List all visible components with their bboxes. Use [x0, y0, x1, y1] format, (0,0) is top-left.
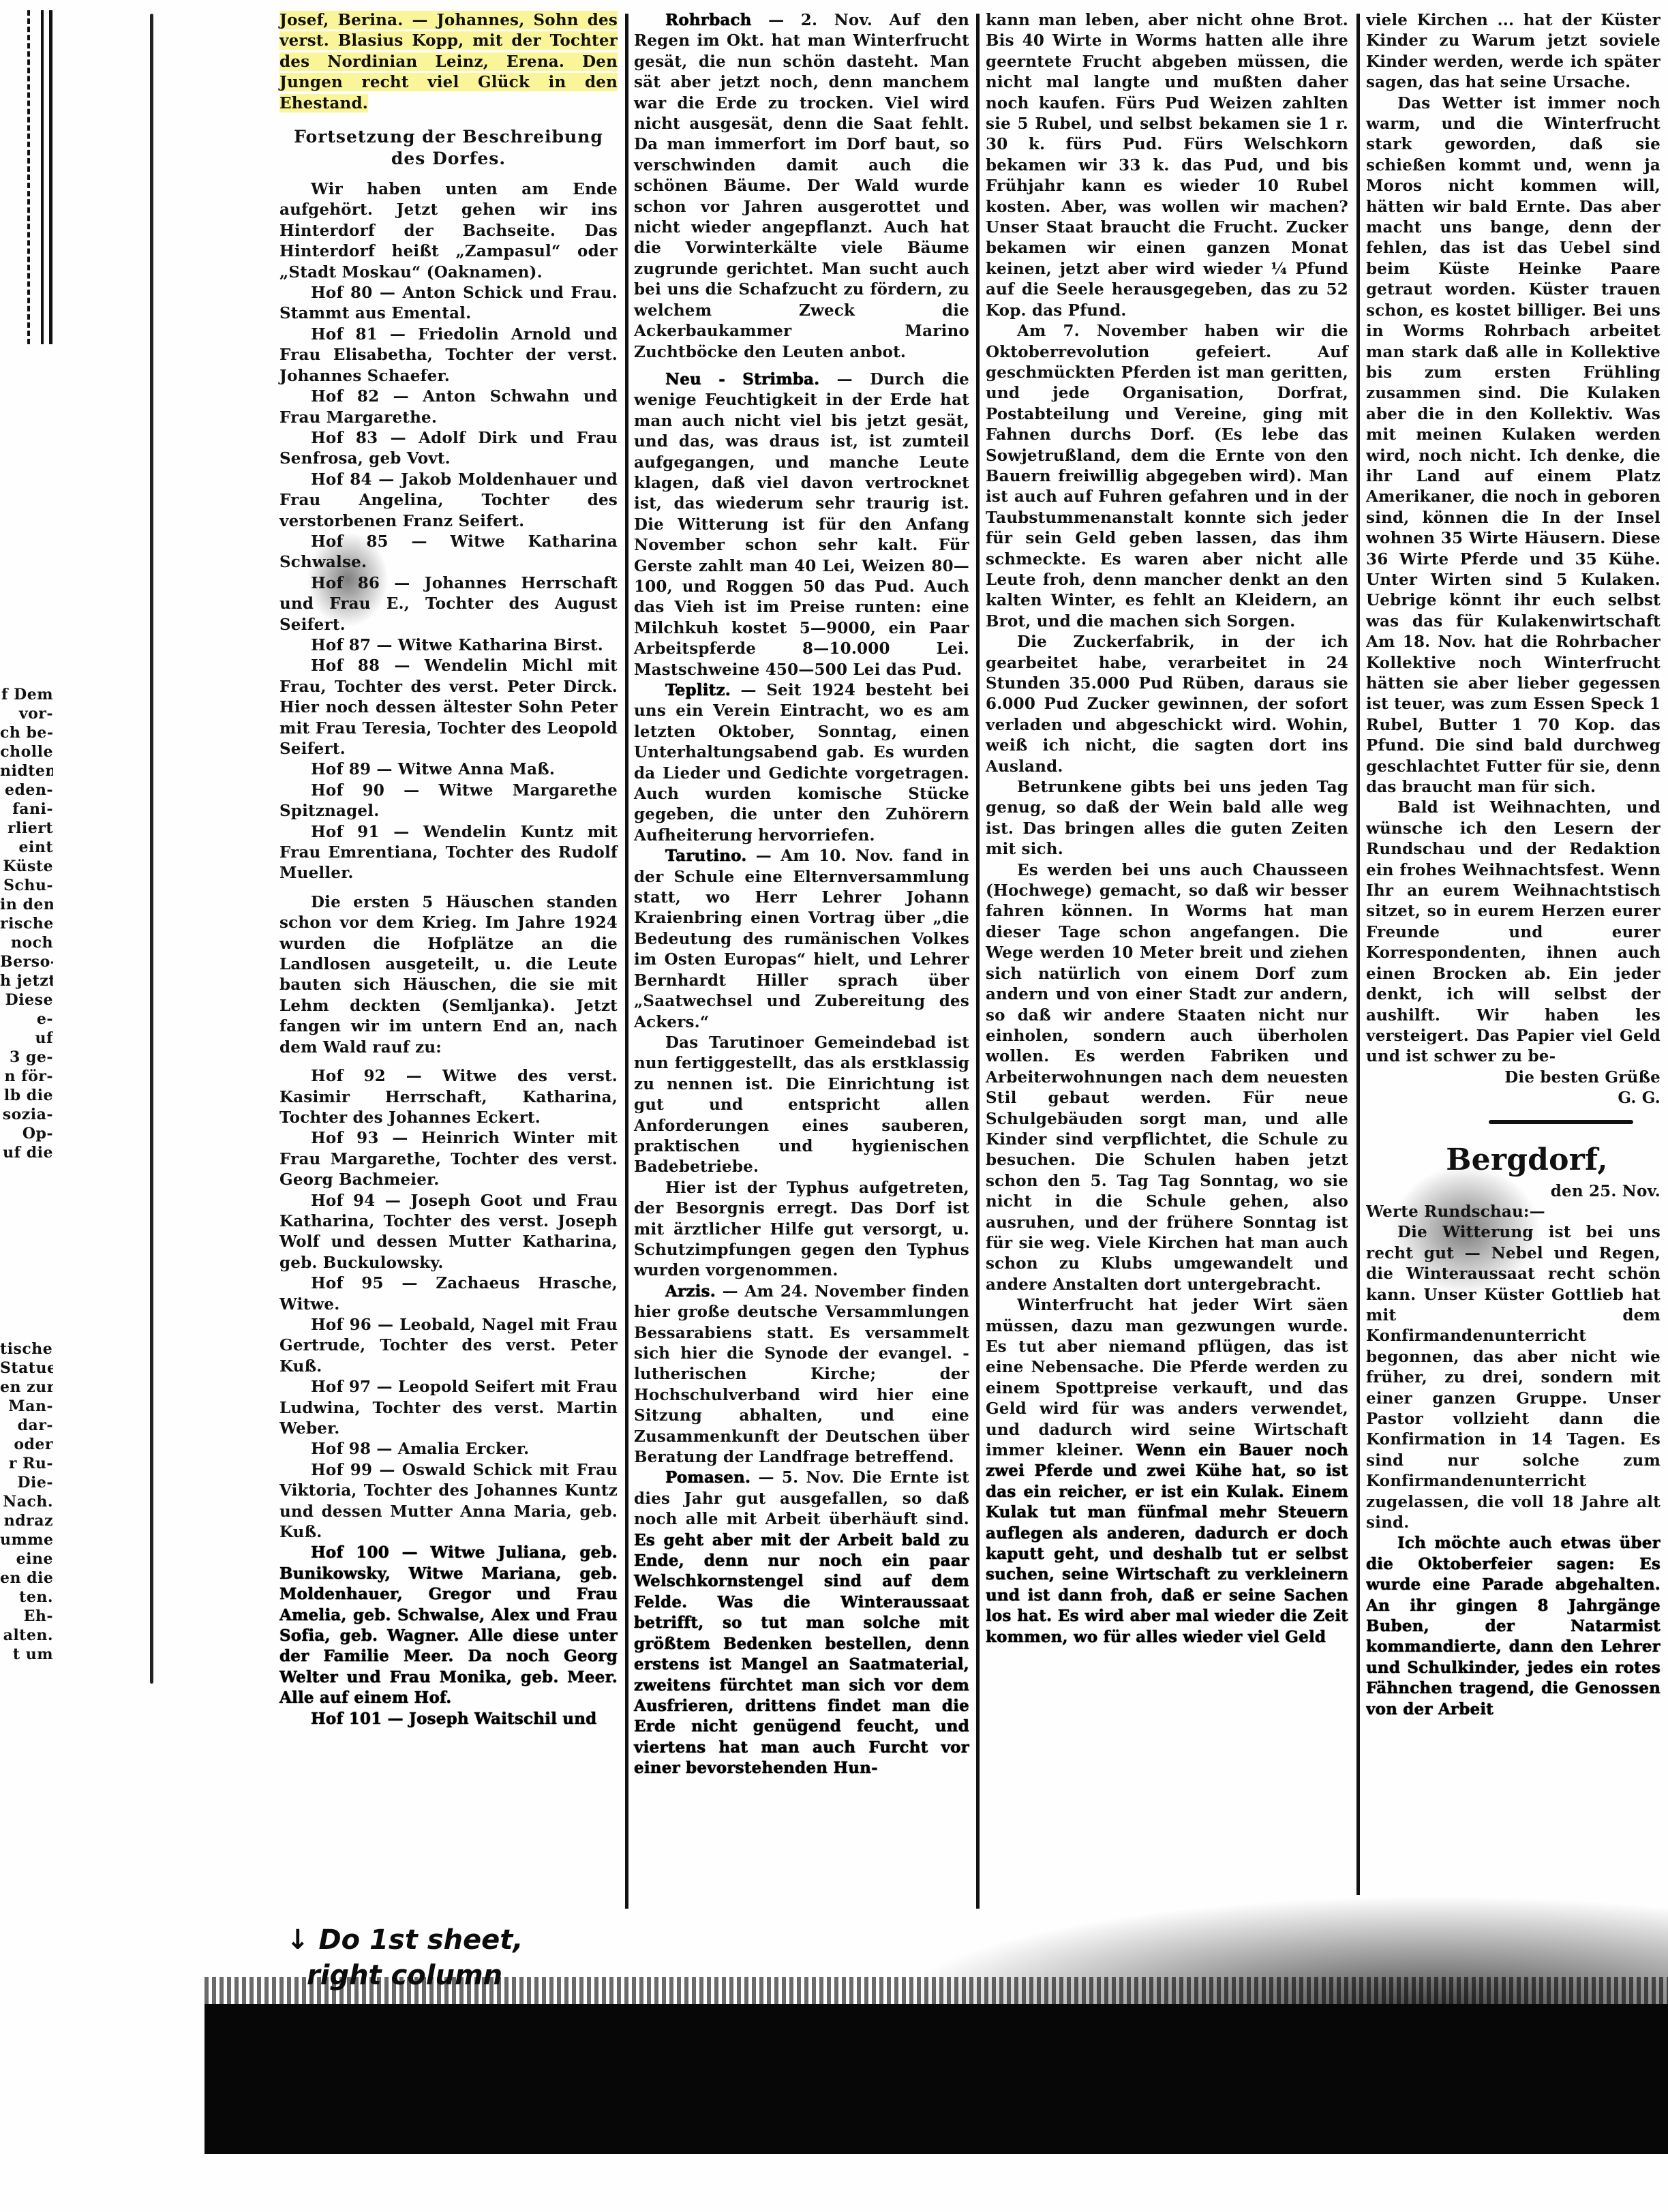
fragment-line: Die-	[0, 1473, 53, 1492]
scan-fold-streak	[150, 14, 153, 1684]
news-text: Das Tarutinoer Gemeindebad ist nun ferti…	[634, 1033, 969, 1176]
fragment-line: en zur	[0, 1378, 53, 1397]
news-item-gemeindebad: Das Tarutinoer Gemeindebad ist nun ferti…	[634, 1033, 969, 1178]
left-fragment-column-top: f Dem vor- ch be- cholle nidten eden- fa…	[0, 685, 53, 1162]
fragment-line: en die	[0, 1569, 53, 1588]
paragraph: Winterfrucht hat jeder Wirt säen müssen,…	[986, 1295, 1348, 1648]
note-line: Do 1st sheet,	[318, 1924, 523, 1956]
news-item-tarutino: Tarutino. — Am 10. Nov. fand in der Schu…	[634, 846, 969, 1033]
paragraph: Wir haben unten am Ende aufgehört. Jetzt…	[279, 179, 618, 283]
place-name: Tarutino.	[665, 847, 746, 865]
scan-smudge	[1391, 1166, 1541, 1295]
column-divider	[976, 14, 980, 1909]
fragment-line: uf	[0, 1029, 53, 1048]
section-heading: Fortsetzung der Beschreibung des Dorfes.	[279, 126, 618, 170]
farm-entry: Hof 98 — Amalia Ercker.	[279, 1439, 618, 1459]
fragment-line: Schu-	[0, 876, 53, 895]
fragment-line: eden-	[0, 781, 53, 800]
news-text: — 2. Nov. Auf den Regen im Okt. hat man …	[634, 11, 969, 361]
farm-entry: Hof 88 — Wendelin Michl mit Frau, Tochte…	[279, 656, 618, 759]
news-text: — Am 24. November finden hier große deut…	[634, 1282, 969, 1466]
article-column-3: kann man leben, aber nicht ohne Brot. Bi…	[986, 10, 1348, 1648]
paragraph: Bald ist Weihnachten, und wünsche ich de…	[1366, 798, 1661, 1067]
fragment-line: ten.	[0, 1588, 53, 1607]
place-name: Neu - Strimba.	[665, 370, 819, 389]
fragment-line: t um	[0, 1645, 53, 1664]
fragment-line: uf die	[0, 1143, 53, 1162]
fragment-line: ndraz	[0, 1511, 53, 1530]
fragment-line: dar-	[0, 1416, 53, 1435]
paragraph: Die ersten 5 Häuschen standen schon vor …	[279, 892, 618, 1058]
farm-entry: Hof 80 — Anton Schick und Frau. Stammt a…	[279, 283, 618, 324]
fragment-line: tischen	[0, 1339, 53, 1359]
fragment-line: rliert	[0, 819, 53, 838]
farm-entry: Hof 89 — Witwe Anna Maß.	[279, 759, 618, 780]
article-column-1: Josef, Berina. — Johannes, Sohn des vers…	[279, 10, 618, 1729]
news-item-neu-strimba: Neu - Strimba. — Durch die wenige Feucht…	[634, 369, 969, 680]
fragment-line: Berso-	[0, 952, 53, 971]
scanned-newspaper-page: f Dem vor- ch be- cholle nidten eden- fa…	[0, 0, 1668, 2212]
paragraph: Es werden bei uns auch Chausseen (Hochwe…	[986, 860, 1348, 1296]
farm-entry: Hof 96 — Leobald, Nagel mit Frau Gertrud…	[279, 1315, 618, 1377]
paragraph: viele Kirchen ... hat der Küster Kinder …	[1366, 10, 1661, 93]
intro-highlighted: Josef, Berina. — Johannes, Sohn des vers…	[279, 10, 618, 114]
fragment-line: umme.	[0, 1530, 53, 1549]
paragraph: Betrunkene gibts bei uns jeden Tag genug…	[986, 777, 1348, 860]
farm-entry: Hof 100 — Witwe Juliana, geb. Bunikowsky…	[279, 1543, 618, 1708]
paragraph-text-dark: Wenn ein Bauer noch zwei Pferde und zwei…	[986, 1441, 1348, 1646]
fragment-line: oder	[0, 1435, 53, 1454]
farm-entry: Hof 90 — Witwe Margarethe Spitznagel.	[279, 781, 618, 822]
news-text: — Am 10. Nov. fand in der Schule eine El…	[634, 847, 969, 1031]
farm-entry: Hof 93 — Heinrich Winter mit Frau Margar…	[279, 1128, 618, 1190]
article-column-2: Rohrbach — 2. Nov. Auf den Regen im Okt.…	[634, 10, 969, 1779]
news-text-dark: Es geht aber mit der Arbeit bald zu Ende…	[634, 1531, 969, 1777]
fragment-line: lb die	[0, 1086, 53, 1105]
fragment-line: ch be-	[0, 723, 53, 742]
fragment-line: rischer	[0, 914, 53, 933]
place-name: Teplitz.	[665, 681, 731, 699]
fragment-line: Op-	[0, 1124, 53, 1143]
fragment-line: 3 ge-	[0, 1048, 53, 1067]
farm-entry: Hof 83 — Adolf Dirk und Frau Senfrosa, g…	[279, 428, 618, 470]
farm-entry: Hof 101 — Joseph Waitschil und	[279, 1709, 618, 1729]
farm-entry: Hof 92 — Witwe des verst. Kasimir Herrsc…	[279, 1066, 618, 1128]
article-column-4: viele Kirchen ... hat der Küster Kinder …	[1366, 10, 1661, 1720]
news-text: Hier ist der Typhus aufgetreten, der Bes…	[634, 1179, 969, 1280]
fragment-line: n för-	[0, 1067, 53, 1086]
fragment-line: alten.	[0, 1626, 53, 1645]
news-text: — Seit 1924 besteht bei uns ein Verein E…	[634, 681, 969, 845]
place-name: Pomasen.	[665, 1468, 750, 1487]
fragment-line: Nach.	[0, 1492, 53, 1511]
place-name: Arzis.	[665, 1282, 716, 1301]
fragment-line: nidten	[0, 761, 53, 781]
highlighted-text: Josef, Berina. — Johannes, Sohn des vers…	[279, 11, 618, 112]
news-item-rohrbach: Rohrbach — 2. Nov. Auf den Regen im Okt.…	[634, 10, 969, 363]
fragment-line: e-	[0, 1010, 53, 1029]
farm-entry: Hof 99 — Oswald Schick mit Frau Viktoria…	[279, 1460, 618, 1543]
fragment-line: Eh-	[0, 1607, 53, 1626]
paragraph: kann man leben, aber nicht ohne Brot. Bi…	[986, 10, 1348, 321]
fragment-line: Küste	[0, 857, 53, 876]
farm-entry: Hof 97 — Leopold Seifert mit Frau Ludwin…	[279, 1377, 618, 1439]
fragment-line: sozia-	[0, 1105, 53, 1124]
fragment-line: in den	[0, 895, 53, 914]
farm-entry: Hof 81 — Friedolin Arnold und Frau Elisa…	[279, 324, 618, 387]
news-text: — Durch die wenige Feuchtigkeit in der E…	[634, 370, 969, 679]
fragment-line: Diese	[0, 990, 53, 1010]
news-item-arzis: Arzis. — Am 24. November finden hier gro…	[634, 1282, 969, 1468]
column-divider	[625, 14, 628, 1909]
letter-signoff: Die besten Grüße	[1366, 1067, 1661, 1088]
fragment-line: eint	[0, 838, 53, 857]
farm-entry: Hof 84 — Jakob Moldenhauer und Frau Ange…	[279, 470, 618, 532]
fragment-line: Man-	[0, 1397, 53, 1416]
fragment-line: eine	[0, 1549, 53, 1569]
left-fragment-column-bottom: tischen Statue en zur Man- dar- oder r R…	[0, 1339, 53, 1664]
scanner-edge-band	[204, 2004, 1668, 2154]
news-item-typhus: Hier ist der Typhus aufgetreten, der Bes…	[634, 1178, 969, 1282]
paragraph: Am 7. November haben wir die Oktoberrevo…	[986, 321, 1348, 632]
fragment-line: h jetzt	[0, 971, 53, 990]
paragraph-text: Winterfrucht hat jeder Wirt säen müssen,…	[986, 1296, 1348, 1459]
fragment-line: r Ru-	[0, 1454, 53, 1473]
fragment-line: fani-	[0, 800, 53, 819]
author-initials: G. G.	[1366, 1088, 1661, 1108]
paragraph-dark: Ich möchte auch etwas über die Oktoberfe…	[1366, 1533, 1661, 1720]
farm-entry: Hof 82 — Anton Schwahn und Frau Margaret…	[279, 387, 618, 428]
farm-entry: Hof 91 — Wendelin Kuntz mit Frau Emrenti…	[279, 822, 618, 884]
fragment-line: vor-	[0, 704, 53, 723]
down-arrow-icon: ↓	[286, 1924, 309, 1956]
fragment-line: noch	[0, 933, 53, 952]
fragment-line: f Dem	[0, 685, 53, 704]
ornamental-divider	[1489, 1120, 1633, 1124]
pen-check-mark	[307, 532, 389, 627]
place-name: Rohrbach	[665, 11, 752, 29]
news-item-teplitz: Teplitz. — Seit 1924 besteht bei uns ein…	[634, 680, 969, 846]
farm-entry: Hof 94 — Joseph Goot und Frau Katharina,…	[279, 1191, 618, 1274]
fragment-line: cholle	[0, 742, 53, 761]
ornamental-border	[20, 10, 52, 344]
paragraph: Die Zuckerfabrik, in der ich gearbeitet …	[986, 632, 1348, 777]
column-divider	[1356, 14, 1360, 1895]
paragraph: Das Wetter ist immer noch warm, und die …	[1366, 93, 1661, 798]
farm-entry: Hof 87 — Witwe Katharina Birst.	[279, 635, 618, 656]
farm-entry: Hof 95 — Zachaeus Hrasche, Witwe.	[279, 1273, 618, 1315]
news-item-pomasen: Pomasen. — 5. Nov. Die Ernte ist dies Ja…	[634, 1468, 969, 1778]
fragment-line: Statue	[0, 1359, 53, 1378]
